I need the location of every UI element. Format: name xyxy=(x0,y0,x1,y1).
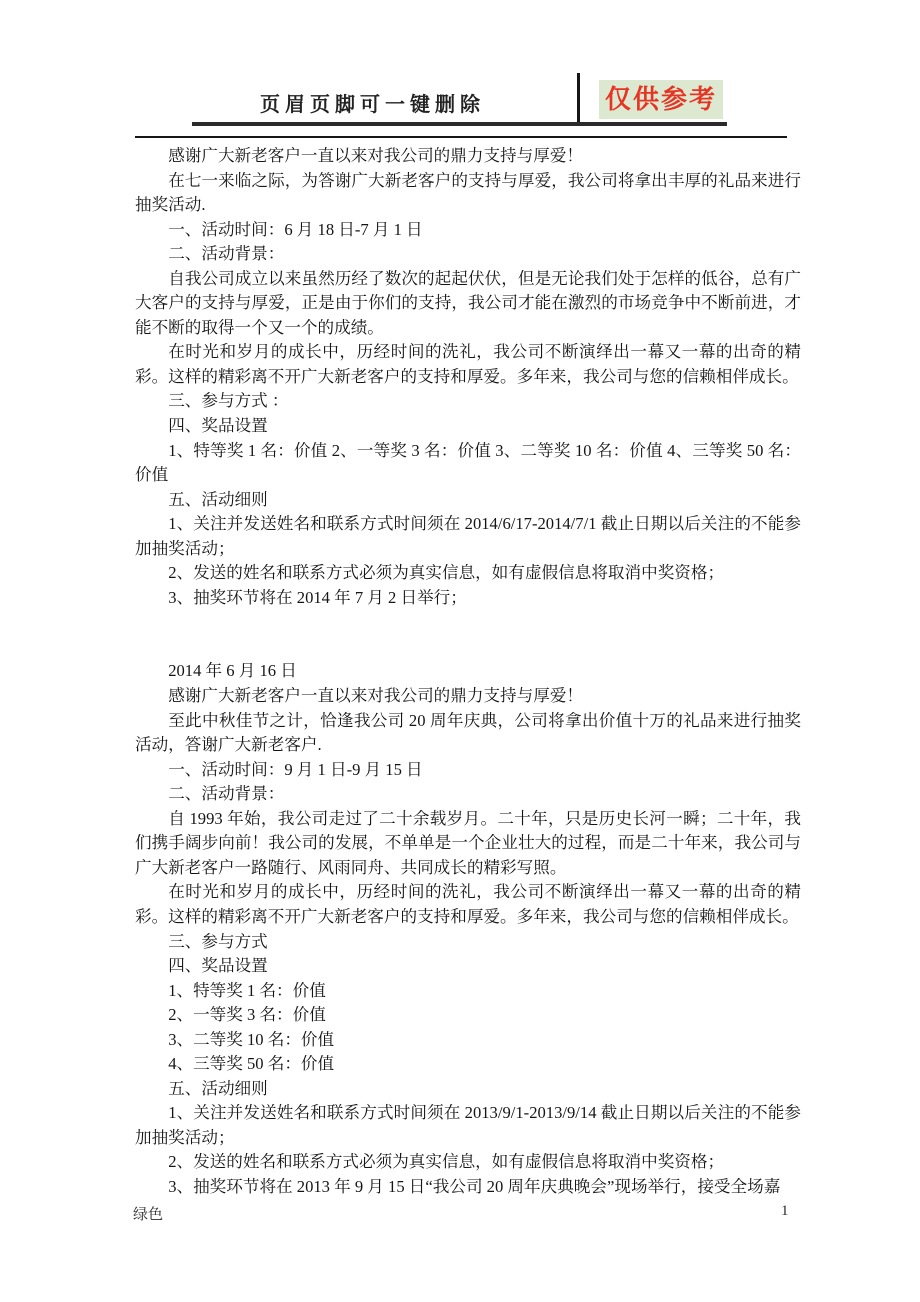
paragraph: 2、一等奖 3 名：价值 xyxy=(135,1003,801,1028)
blank-line xyxy=(135,635,801,660)
paragraph: 二、活动背景： xyxy=(135,782,801,807)
paragraph: 自我公司成立以来虽然历经了数次的起起伏伏，但是无论我们处于怎样的低谷，总有广大客… xyxy=(135,267,801,341)
paragraph: 感谢广大新老客户一直以来对我公司的鼎力支持与厚爱！ xyxy=(135,144,801,169)
paragraph: 2、发送的姓名和联系方式必须为真实信息，如有虚假信息将取消中奖资格； xyxy=(135,561,801,586)
paragraph: 一、活动时间：6 月 18 日-7 月 1 日 xyxy=(135,218,801,243)
paragraph: 四、奖品设置 xyxy=(135,954,801,979)
paragraph: 五、活动细则 xyxy=(135,1077,801,1102)
reference-stamp: 仅供参考 xyxy=(599,80,723,119)
footer-page-number: 1 xyxy=(781,1203,789,1220)
header-rule-thin xyxy=(135,136,787,138)
paragraph: 四、奖品设置 xyxy=(135,414,801,439)
paragraph: 自 1993 年始，我公司走过了二十余载岁月。二十年，只是历史长河一瞬；二十年，… xyxy=(135,807,801,881)
document-body: 感谢广大新老客户一直以来对我公司的鼎力支持与厚爱！在七一来临之际，为答谢广大新老… xyxy=(135,144,801,1198)
header-title: 页眉页脚可一键删除 xyxy=(260,88,485,117)
paragraph: 1、关注并发送姓名和联系方式时间须在 2013/9/1-2013/9/14 截止… xyxy=(135,1101,801,1150)
paragraph: 在时光和岁月的成长中，历经时间的洗礼，我公司不断演绎出一幕又一幕的出奇的精彩。这… xyxy=(135,340,801,389)
paragraph: 五、活动细则 xyxy=(135,488,801,513)
paragraph: 感谢广大新老客户一直以来对我公司的鼎力支持与厚爱！ xyxy=(135,684,801,709)
footer-label: 绿色 xyxy=(133,1203,163,1224)
paragraph: 在七一来临之际，为答谢广大新老客户的支持与厚爱，我公司将拿出丰厚的礼品来进行抽奖… xyxy=(135,169,801,218)
document-page: 页眉页脚可一键删除 仅供参考 感谢广大新老客户一直以来对我公司的鼎力支持与厚爱！… xyxy=(0,0,920,1302)
paragraph: 3、抽奖环节将在 2013 年 9 月 15 日“我公司 20 周年庆典晚会”现… xyxy=(135,1175,801,1198)
paragraph: 至此中秋佳节之计，恰逢我公司 20 周年庆典，公司将拿出价值十万的礼品来进行抽奖… xyxy=(135,709,801,758)
paragraph: 二、活动背景： xyxy=(135,242,801,267)
paragraph: 2014 年 6 月 16 日 xyxy=(135,659,801,684)
paragraph: 三、参与方式 ： xyxy=(135,389,801,414)
header-vertical-divider xyxy=(577,73,580,125)
header-rule-thick xyxy=(192,122,727,126)
paragraph: 3、抽奖环节将在 2014 年 7 月 2 日举行； xyxy=(135,586,801,611)
paragraph: 一、活动时间：9 月 1 日-9 月 15 日 xyxy=(135,758,801,783)
paragraph: 1、特等奖 1 名：价值 2、一等奖 3 名：价值 3、二等奖 10 名：价值 … xyxy=(135,439,801,488)
paragraph: 1、特等奖 1 名：价值 xyxy=(135,979,801,1004)
paragraph: 三、参与方式 xyxy=(135,930,801,955)
blank-line xyxy=(135,610,801,635)
paragraph: 2、发送的姓名和联系方式必须为真实信息，如有虚假信息将取消中奖资格； xyxy=(135,1150,801,1175)
paragraph: 1、关注并发送姓名和联系方式时间须在 2014/6/17-2014/7/1 截止… xyxy=(135,512,801,561)
paragraph: 4、三等奖 50 名：价值 xyxy=(135,1052,801,1077)
paragraph: 3、二等奖 10 名：价值 xyxy=(135,1028,801,1053)
paragraph: 在时光和岁月的成长中，历经时间的洗礼，我公司不断演绎出一幕又一幕的出奇的精彩。这… xyxy=(135,880,801,929)
